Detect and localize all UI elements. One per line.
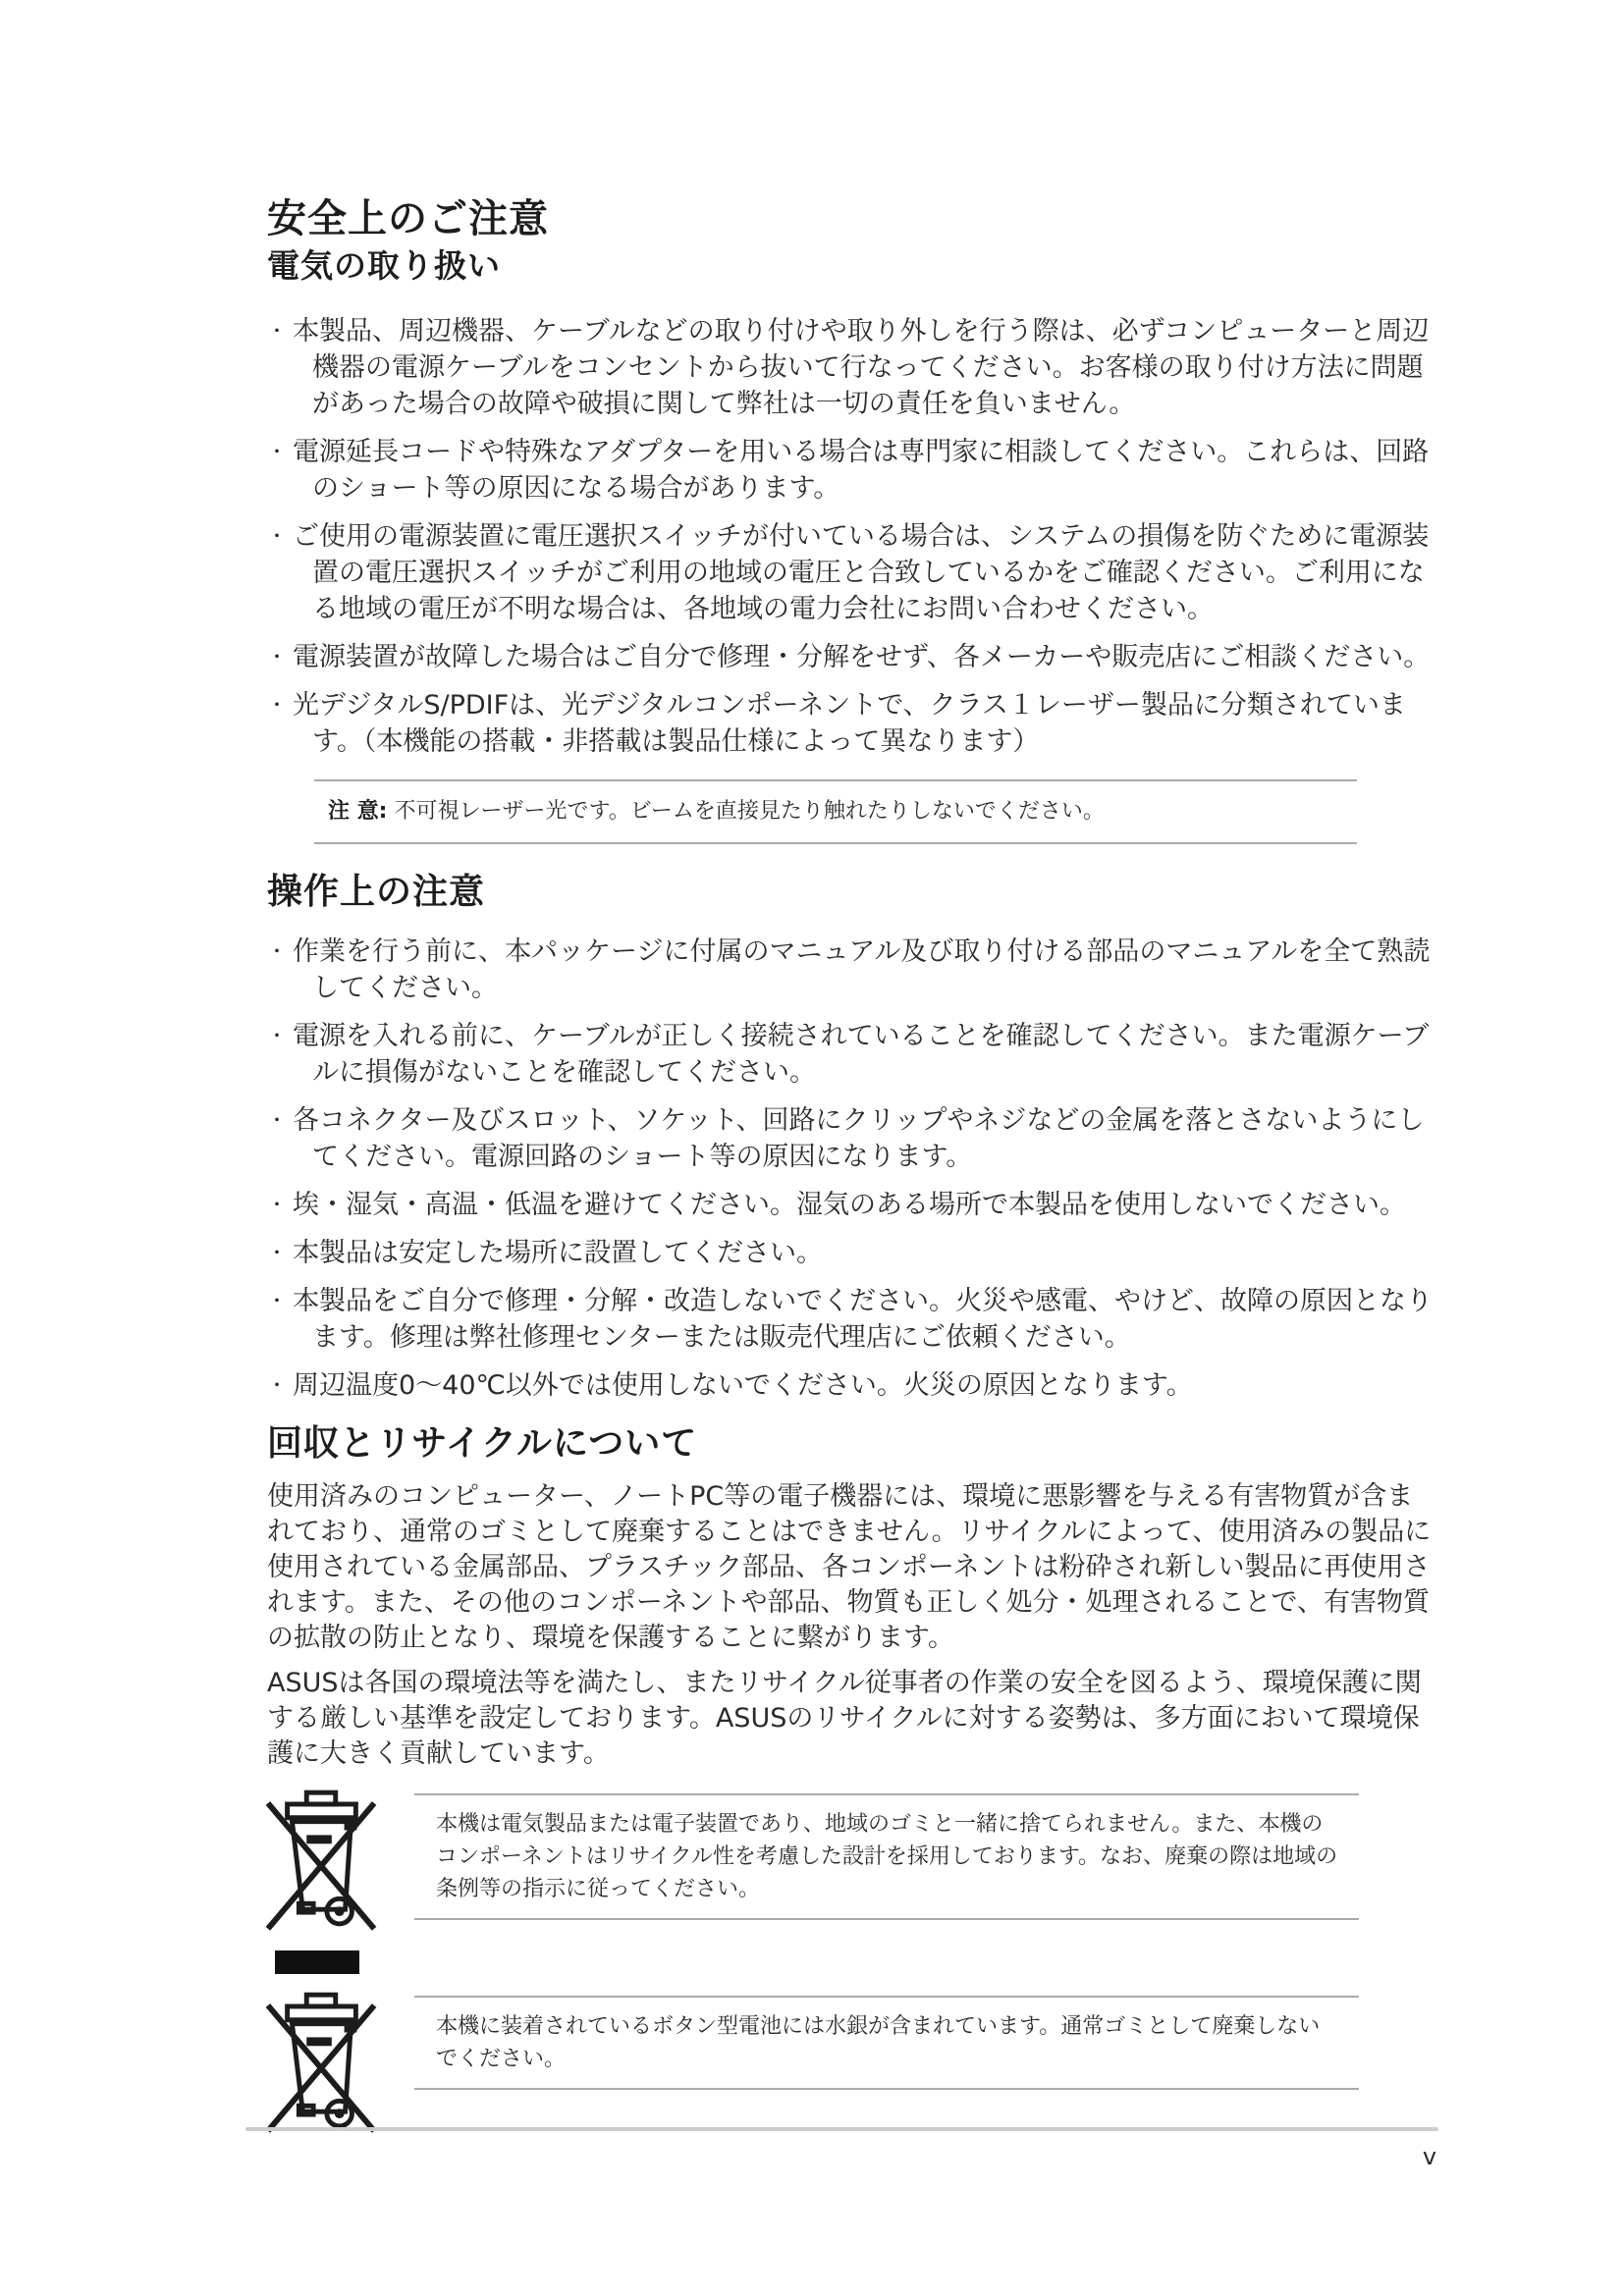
- crossed-out-wheeled-bin-icon: [263, 1990, 379, 2135]
- list-item: ・ 電源延長コードや特殊なアダプターを用いる場合は専門家に相談してください。これ…: [267, 434, 1435, 507]
- list-item: ・ 作業を行う前に、本パッケージに付属のマニュアル及び取り付ける部品のマニュアル…: [267, 934, 1435, 1006]
- bullet-marker: ・: [267, 1018, 293, 1091]
- bullet-text: 本製品をご自分で修理・分解・改造しないでください。火災や感電、やけど、故障の原因…: [293, 1283, 1435, 1356]
- bullet-marker: ・: [267, 1235, 293, 1271]
- bullet-text: 電源を入れる前に、ケーブルが正しく接続されていることを確認してください。また電源…: [293, 1018, 1435, 1091]
- bullet-text: 埃・湿気・高温・低温を避けてください。湿気のある場所で本製品を使用しないでくださ…: [293, 1187, 1406, 1223]
- bullet-text: 光デジタルS/PDIFは、光デジタルコンポーネントで、クラス１レーザー製品に分類…: [293, 687, 1435, 760]
- list-item: ・ 埃・湿気・高温・低温を避けてください。湿気のある場所で本製品を使用しないでく…: [267, 1187, 1435, 1223]
- crossed-out-wheeled-bin-with-bar-icon: [263, 1788, 379, 1933]
- list-item: ・ ご使用の電源装置に電圧選択スイッチが付いている場合は、システムの損傷を防ぐた…: [267, 518, 1435, 627]
- bullet-marker: ・: [267, 1283, 293, 1356]
- bullet-marker: ・: [267, 639, 293, 675]
- weee-black-bar: [275, 1950, 359, 1974]
- battery-note-text: 本機に装着されているボタン型電池には水銀が含まれています。通常ゴミとして廃棄しな…: [436, 2014, 1320, 2071]
- bullet-marker: ・: [267, 934, 293, 1006]
- list-item: ・ 本製品をご自分で修理・分解・改造しないでください。火災や感電、やけど、故障の…: [267, 1283, 1435, 1356]
- bullet-text: 本製品、周辺機器、ケーブルなどの取り付けや取り外しを行う際は、必ずコンピューター…: [293, 313, 1435, 422]
- bullet-marker: ・: [267, 1102, 293, 1175]
- bullet-text: 本製品は安定した場所に設置してください。: [293, 1235, 823, 1271]
- bullet-marker: ・: [267, 687, 293, 760]
- caution-text: 不可視レーザー光です。ビームを直接見たり触れたりしないでください。: [394, 799, 1104, 824]
- weee-note-text: 本機は電気製品または電子装置であり、地域のゴミと一緒に捨てられません。また、本機…: [436, 1812, 1337, 1901]
- bullet-text: 周辺温度0〜40℃以外では使用しないでください。火災の原因となります。: [293, 1367, 1193, 1404]
- page-title: 安全上のご注意: [267, 194, 1435, 243]
- weee-note-box: 本機は電気製品または電子装置であり、地域のゴミと一緒に捨てられません。また、本機…: [414, 1793, 1359, 1920]
- laser-caution-note: 注 意: 不可視レーザー光です。ビームを直接見たり触れたりしないでください。: [314, 779, 1357, 844]
- weee-note-row: 本機は電気製品または電子装置であり、地域のゴミと一緒に捨てられません。また、本機…: [267, 1788, 1435, 1974]
- list-item: ・ 各コネクター及びスロット、ソケット、回路にクリップやネジなどの金属を落とさな…: [267, 1102, 1435, 1175]
- bullet-text: 電源延長コードや特殊なアダプターを用いる場合は専門家に相談してください。これらは…: [293, 434, 1435, 507]
- bullet-marker: ・: [267, 1187, 293, 1223]
- bullet-marker: ・: [267, 434, 293, 507]
- list-item: ・ 光デジタルS/PDIFは、光デジタルコンポーネントで、クラス１レーザー製品に…: [267, 687, 1435, 760]
- weee-icon-column: [263, 1788, 379, 1974]
- recycle-paragraph: ASUSは各国の環境法等を満たし、またリサイクル従事者の作業の安全を図るよう、環…: [267, 1666, 1435, 1772]
- section-heading-electrical: 電気の取り扱い: [267, 245, 1435, 286]
- bullet-marker: ・: [267, 518, 293, 627]
- list-item: ・ 電源装置が故障した場合はご自分で修理・分解をせず、各メーカーや販売店にご相談…: [267, 639, 1435, 675]
- bullet-text: 作業を行う前に、本パッケージに付属のマニュアル及び取り付ける部品のマニュアルを全…: [293, 934, 1435, 1006]
- page-number: v: [1412, 2142, 1447, 2171]
- list-item: ・ 周辺温度0〜40℃以外では使用しないでください。火災の原因となります。: [267, 1367, 1435, 1404]
- list-item: ・ 本製品、周辺機器、ケーブルなどの取り付けや取り外しを行う際は、必ずコンピュー…: [267, 313, 1435, 422]
- recycle-paragraph: 使用済みのコンピューター、ノートPC等の電子機器には、環境に悪影響を与える有害物…: [267, 1479, 1435, 1656]
- list-item: ・ 本製品は安定した場所に設置してください。: [267, 1235, 1435, 1271]
- bullet-text: 電源装置が故障した場合はご自分で修理・分解をせず、各メーカーや販売店にご相談くだ…: [293, 639, 1430, 675]
- electrical-bullet-list: ・ 本製品、周辺機器、ケーブルなどの取り付けや取り外しを行う際は、必ずコンピュー…: [267, 313, 1435, 760]
- bullet-marker: ・: [267, 1367, 293, 1404]
- manual-page: 安全上のご注意 電気の取り扱い ・ 本製品、周辺機器、ケーブルなどの取り付けや取…: [0, 0, 1624, 2296]
- page-content: 安全上のご注意 電気の取り扱い ・ 本製品、周辺機器、ケーブルなどの取り付けや取…: [267, 194, 1435, 2135]
- bullet-text: ご使用の電源装置に電圧選択スイッチが付いている場合は、システムの損傷を防ぐために…: [293, 518, 1435, 627]
- bullet-text: 各コネクター及びスロット、ソケット、回路にクリップやネジなどの金属を落とさないよ…: [293, 1102, 1435, 1175]
- section-heading-operation: 操作上の注意: [267, 870, 1435, 914]
- section-heading-recycle: 回収とリサイクルについて: [267, 1421, 1435, 1466]
- caution-label: 注 意:: [328, 799, 387, 824]
- battery-icon-column: [263, 1990, 379, 2135]
- footer-divider: [245, 2127, 1438, 2131]
- operation-bullet-list: ・ 作業を行う前に、本パッケージに付属のマニュアル及び取り付ける部品のマニュアル…: [267, 934, 1435, 1404]
- battery-note-box: 本機に装着されているボタン型電池には水銀が含まれています。通常ゴミとして廃棄しな…: [414, 1996, 1359, 2090]
- battery-note-row: 本機に装着されているボタン型電池には水銀が含まれています。通常ゴミとして廃棄しな…: [267, 1990, 1435, 2135]
- bullet-marker: ・: [267, 313, 293, 422]
- list-item: ・ 電源を入れる前に、ケーブルが正しく接続されていることを確認してください。また…: [267, 1018, 1435, 1091]
